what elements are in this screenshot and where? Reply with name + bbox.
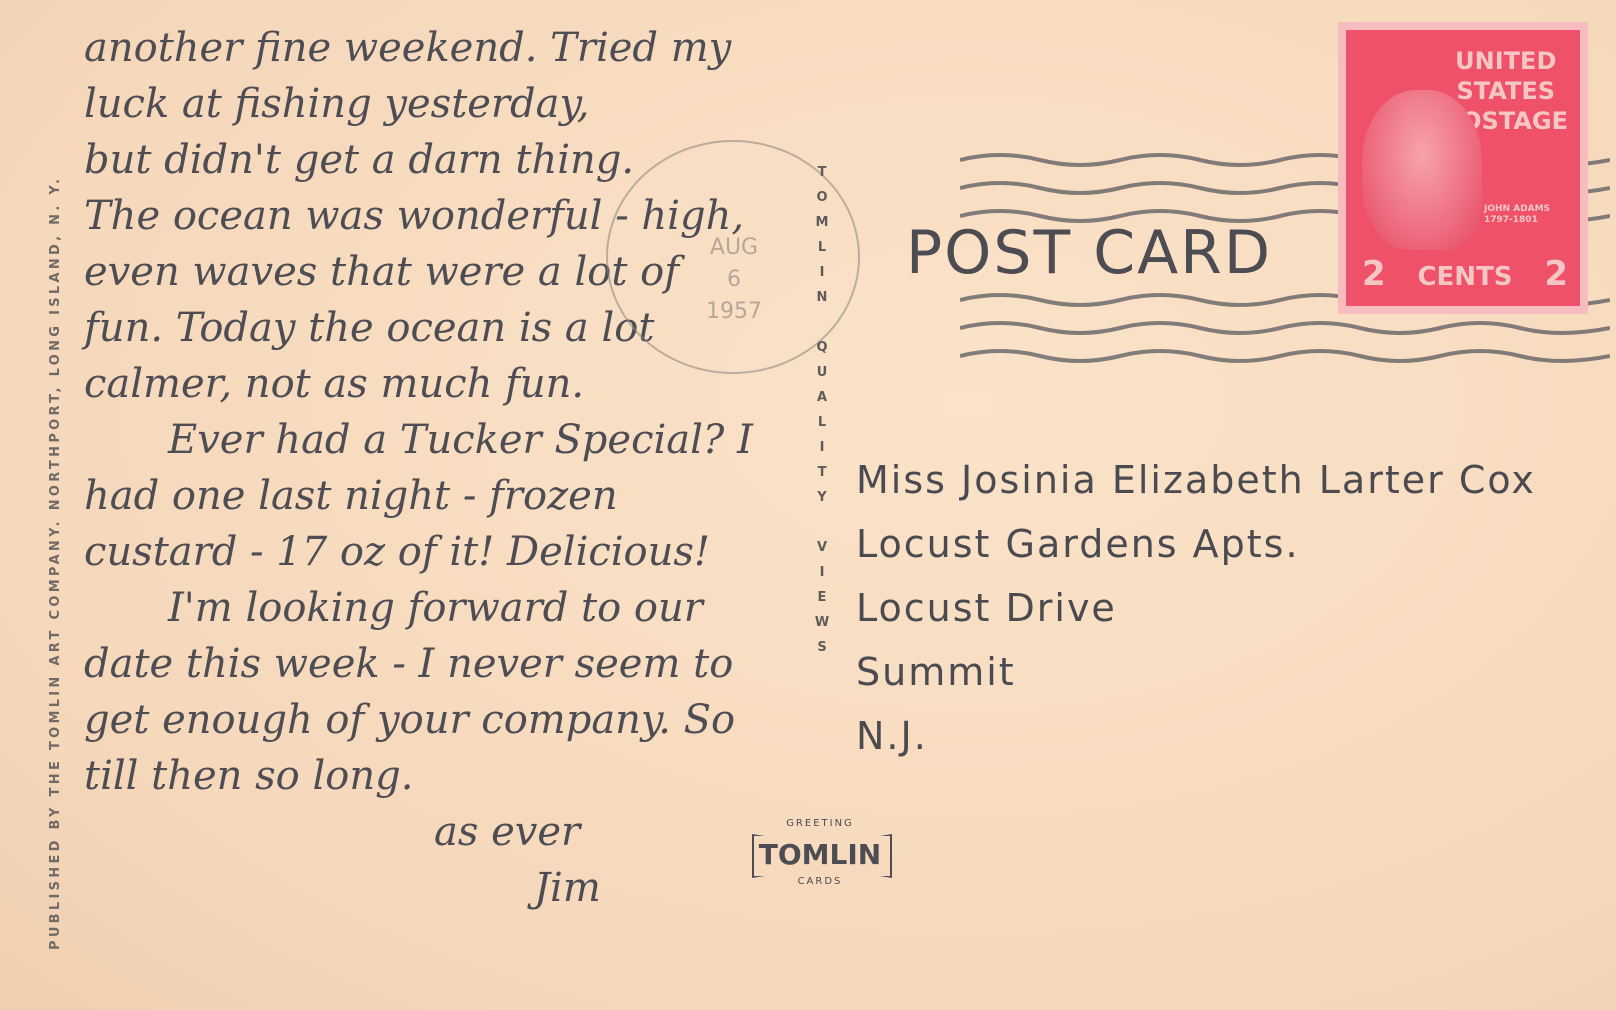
message-line: Ever had a Tucker Special? I xyxy=(84,412,844,468)
message-line: another fine weekend. Tried my xyxy=(84,20,844,76)
address-line: N.J. xyxy=(856,704,1536,768)
message-line: had one last night - frozen xyxy=(84,468,844,524)
address-line: Locust Gardens Apts. xyxy=(856,512,1536,576)
recipient-address: Miss Josinia Elizabeth Larter Cox Locust… xyxy=(856,448,1536,768)
signature: Jim xyxy=(84,860,844,916)
address-line: Summit xyxy=(856,640,1536,704)
address-line: Locust Drive xyxy=(856,576,1536,640)
divider-text: T O M L I N Q U A L I T Y V I E W S xyxy=(812,160,832,660)
publisher-line: PUBLISHED BY THE TOMLIN ART COMPANY. NOR… xyxy=(48,176,63,950)
stamp-denomination: 2 CENTS 2 xyxy=(1362,254,1568,294)
postage-stamp: UNITED STATES POSTAGE JOHN ADAMS 1797-18… xyxy=(1338,22,1588,314)
message-line: get enough of your company. So xyxy=(84,692,844,748)
tomlin-logo: GREETING TOMLIN CARDS xyxy=(752,818,888,888)
postmark-text: AUG 6 1957 xyxy=(674,232,794,328)
message-line: date this week - I never seem to xyxy=(84,636,844,692)
message-line: I'm looking forward to our xyxy=(84,580,844,636)
message-line: custard - 17 oz of it! Delicious! xyxy=(84,524,844,580)
post-card-title: POST CARD xyxy=(906,218,1272,288)
postcard-back: PUBLISHED BY THE TOMLIN ART COMPANY. NOR… xyxy=(0,0,1616,1010)
message-line: luck at fishing yesterday, xyxy=(84,76,844,132)
closing: as ever xyxy=(84,804,844,860)
message-line: till then so long. xyxy=(84,748,844,804)
stamp-portrait-name: JOHN ADAMS 1797-1801 xyxy=(1484,204,1550,226)
address-line: Miss Josinia Elizabeth Larter Cox xyxy=(856,448,1536,512)
portrait-icon xyxy=(1362,90,1482,250)
